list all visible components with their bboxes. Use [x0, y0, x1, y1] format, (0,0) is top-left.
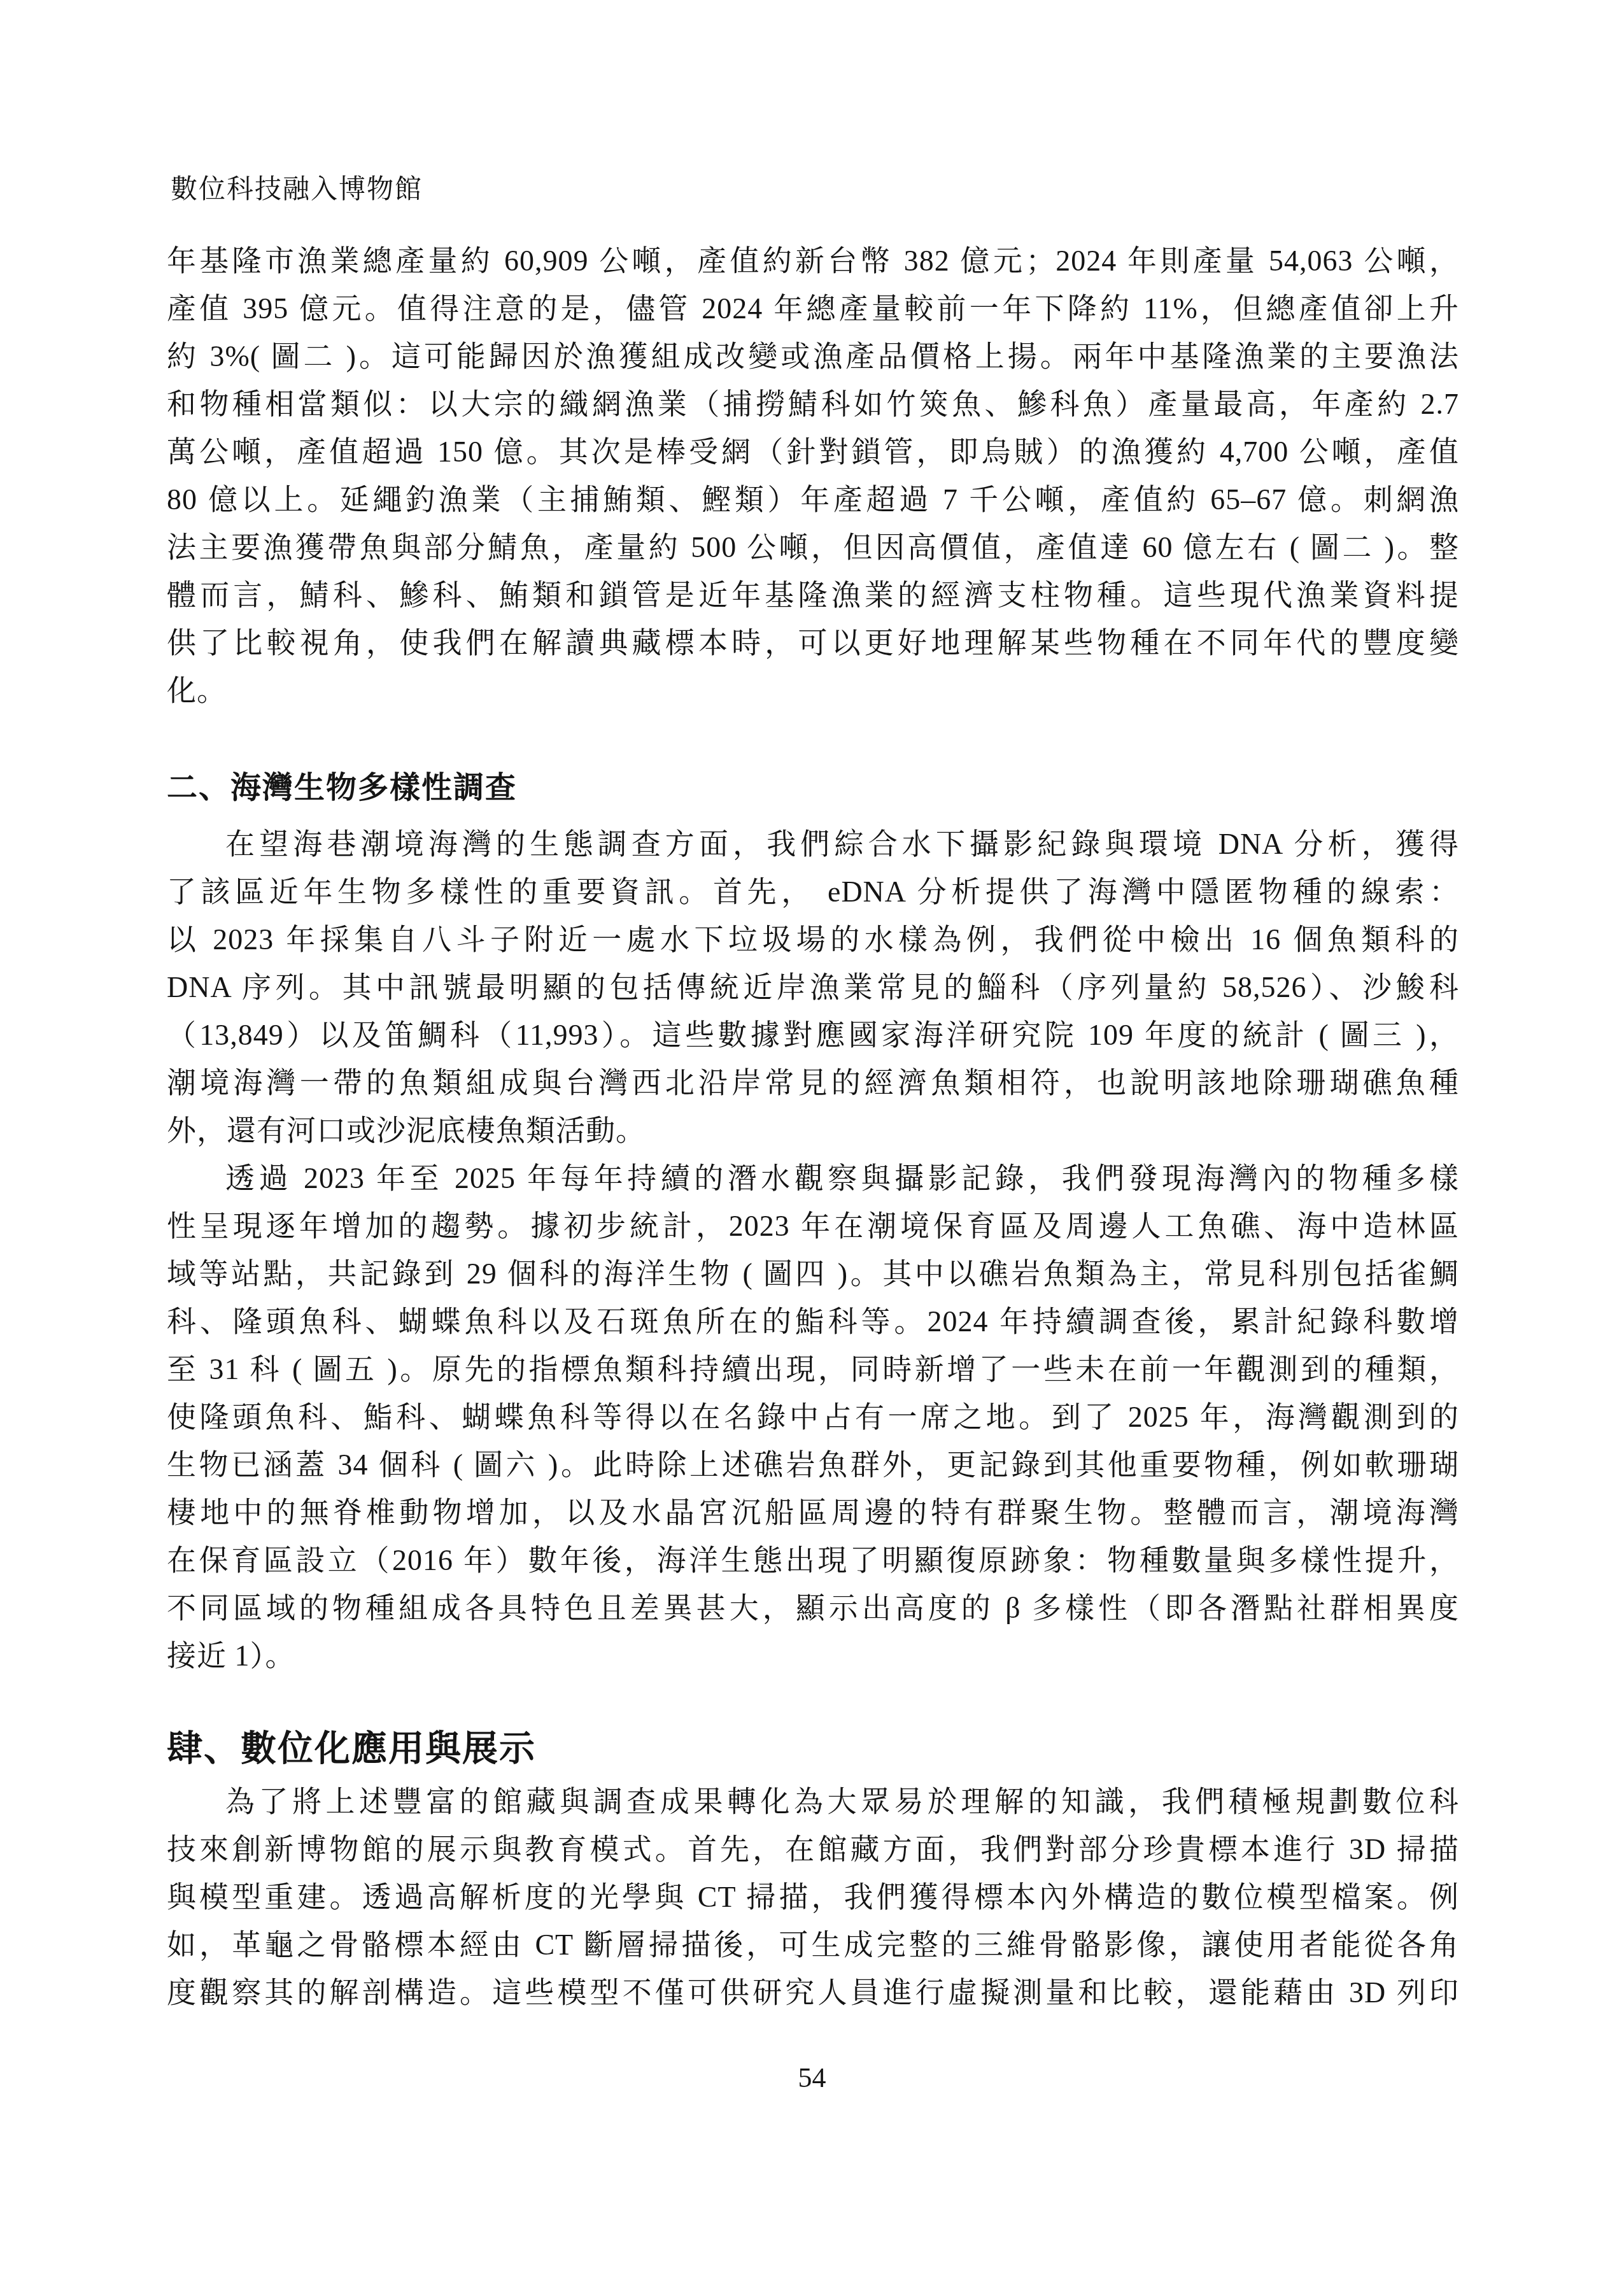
text-line: 接近 1）。 [167, 1632, 1459, 1680]
text-line: 外，還有河口或沙泥底棲魚類活動。 [167, 1107, 1459, 1154]
text-line: 生物已涵蓋 34 個科 ( 圖六 )。此時除上述礁岩魚群外，更記錄到其他重要物種… [167, 1441, 1459, 1489]
text-line: 域等站點，共記錄到 29 個科的海洋生物 ( 圖四 )。其中以礁岩魚類為主，常見… [167, 1250, 1459, 1298]
section-heading: 肆、數位化應用與展示 [167, 1722, 1459, 1776]
text-line: 與模型重建。透過高解析度的光學與 CT 掃描，我們獲得標本內外構造的數位模型檔案… [167, 1873, 1459, 1921]
text-line: 在保育區設立（2016 年）數年後，海洋生態出現了明顯復原跡象：物種數量與多樣性… [167, 1536, 1459, 1584]
text-line: 為了將上述豐富的館藏與調查成果轉化為大眾易於理解的知識，我們積極規劃數位科 [167, 1778, 1459, 1825]
paragraph: 在望海巷潮境海灣的生態調查方面，我們綜合水下攝影紀錄與環境 DNA 分析，獲得了… [167, 820, 1459, 1154]
text-line: 透過 2023 年至 2025 年每年持續的潛水觀察與攝影記錄，我們發現海灣內的… [167, 1154, 1459, 1202]
text-line: 度觀察其的解剖構造。這些模型不僅可供研究人員進行虛擬測量和比較，還能藉由 3D … [167, 1969, 1459, 2016]
text-line: 供了比較視角，使我們在解讀典藏標本時，可以更好地理解某些物種在不同年代的豐度變 [167, 619, 1459, 667]
text-line: 使隆頭魚科、鮨科、蝴蝶魚科等得以在名錄中占有一席之地。到了 2025 年，海灣觀… [167, 1393, 1459, 1441]
text-line: 約 3%( 圖二 )。這可能歸因於漁獲組成改變或漁產品價格上揚。兩年中基隆漁業的… [167, 332, 1459, 380]
text-line: 棲地中的無脊椎動物增加，以及水晶宮沉船區周邊的特有群聚生物。整體而言，潮境海灣 [167, 1489, 1459, 1536]
text-line: 性呈現逐年增加的趨勢。據初步統計，2023 年在潮境保育區及周邊人工魚礁、海中造… [167, 1202, 1459, 1250]
text-line: 年基隆市漁業總產量約 60,909 公噸，產值約新台幣 382 億元；2024 … [167, 237, 1459, 285]
paragraph: 年基隆市漁業總產量約 60,909 公噸，產值約新台幣 382 億元；2024 … [167, 237, 1459, 714]
text-line: 不同區域的物種組成各具特色且差異甚大，顯示出高度的 β 多樣性（即各潛點社群相異… [167, 1584, 1459, 1632]
text-line: 化。 [167, 667, 1459, 714]
content-column: 年基隆市漁業總產量約 60,909 公噸，產值約新台幣 382 億元；2024 … [167, 237, 1459, 2016]
text-line: 潮境海灣一帶的魚類組成與台灣西北沿岸常見的經濟魚類相符，也說明該地除珊瑚礁魚種 [167, 1059, 1459, 1107]
text-line: 80 億以上。延繩釣漁業（主捕鮪類、鰹類）年產超過 7 千公噸，產值約 65–6… [167, 476, 1459, 523]
paragraph: 透過 2023 年至 2025 年每年持續的潛水觀察與攝影記錄，我們發現海灣內的… [167, 1154, 1459, 1680]
running-header: 數位科技融入博物館 [171, 173, 423, 206]
section-heading: 二、海灣生物多樣性調查 [167, 765, 1459, 811]
text-line: 萬公噸，產值超過 150 億。其次是棒受網（針對鎖管，即烏賊）的漁獲約 4,70… [167, 428, 1459, 476]
text-line: 至 31 科 ( 圖五 )。原先的指標魚類科持續出現，同時新增了一些未在前一年觀… [167, 1345, 1459, 1393]
text-line: 技來創新博物館的展示與教育模式。首先，在館藏方面，我們對部分珍貴標本進行 3D … [167, 1825, 1459, 1873]
text-line: （13,849）以及笛鯛科（11,993）。這些數據對應國家海洋研究院 109 … [167, 1011, 1459, 1059]
text-line: 和物種相當類似：以大宗的織網漁業（捕撈鯖科如竹筴魚、鰺科魚）產量最高，年產約 2… [167, 380, 1459, 428]
text-line: 以 2023 年採集自八斗子附近一處水下垃圾場的水樣為例，我們從中檢出 16 個… [167, 916, 1459, 963]
text-line: DNA 序列。其中訊號最明顯的包括傳統近岸漁業常見的鯔科（序列量約 58,526… [167, 963, 1459, 1011]
text-line: 體而言，鯖科、鰺科、鮪類和鎖管是近年基隆漁業的經濟支柱物種。這些現代漁業資料提 [167, 571, 1459, 619]
document-page: 數位科技融入博物館 年基隆市漁業總產量約 60,909 公噸，產值約新台幣 38… [0, 0, 1624, 2278]
text-line: 法主要漁獲帶魚與部分鯖魚，產量約 500 公噸，但因高價值，產值達 60 億左右… [167, 523, 1459, 571]
text-line: 在望海巷潮境海灣的生態調查方面，我們綜合水下攝影紀錄與環境 DNA 分析，獲得 [167, 820, 1459, 868]
page-number: 54 [0, 2062, 1624, 2094]
text-line: 了該區近年生物多樣性的重要資訊。首先， eDNA 分析提供了海灣中隱匿物種的線索… [167, 868, 1459, 916]
text-line: 科、隆頭魚科、蝴蝶魚科以及石斑魚所在的鮨科等。2024 年持續調查後，累計紀錄科… [167, 1298, 1459, 1345]
text-line: 如，革龜之骨骼標本經由 CT 斷層掃描後，可生成完整的三維骨骼影像，讓使用者能從… [167, 1921, 1459, 1969]
text-line: 產值 395 億元。值得注意的是，儘管 2024 年總產量較前一年下降約 11%… [167, 285, 1459, 332]
paragraph: 為了將上述豐富的館藏與調查成果轉化為大眾易於理解的知識，我們積極規劃數位科技來創… [167, 1778, 1459, 2016]
